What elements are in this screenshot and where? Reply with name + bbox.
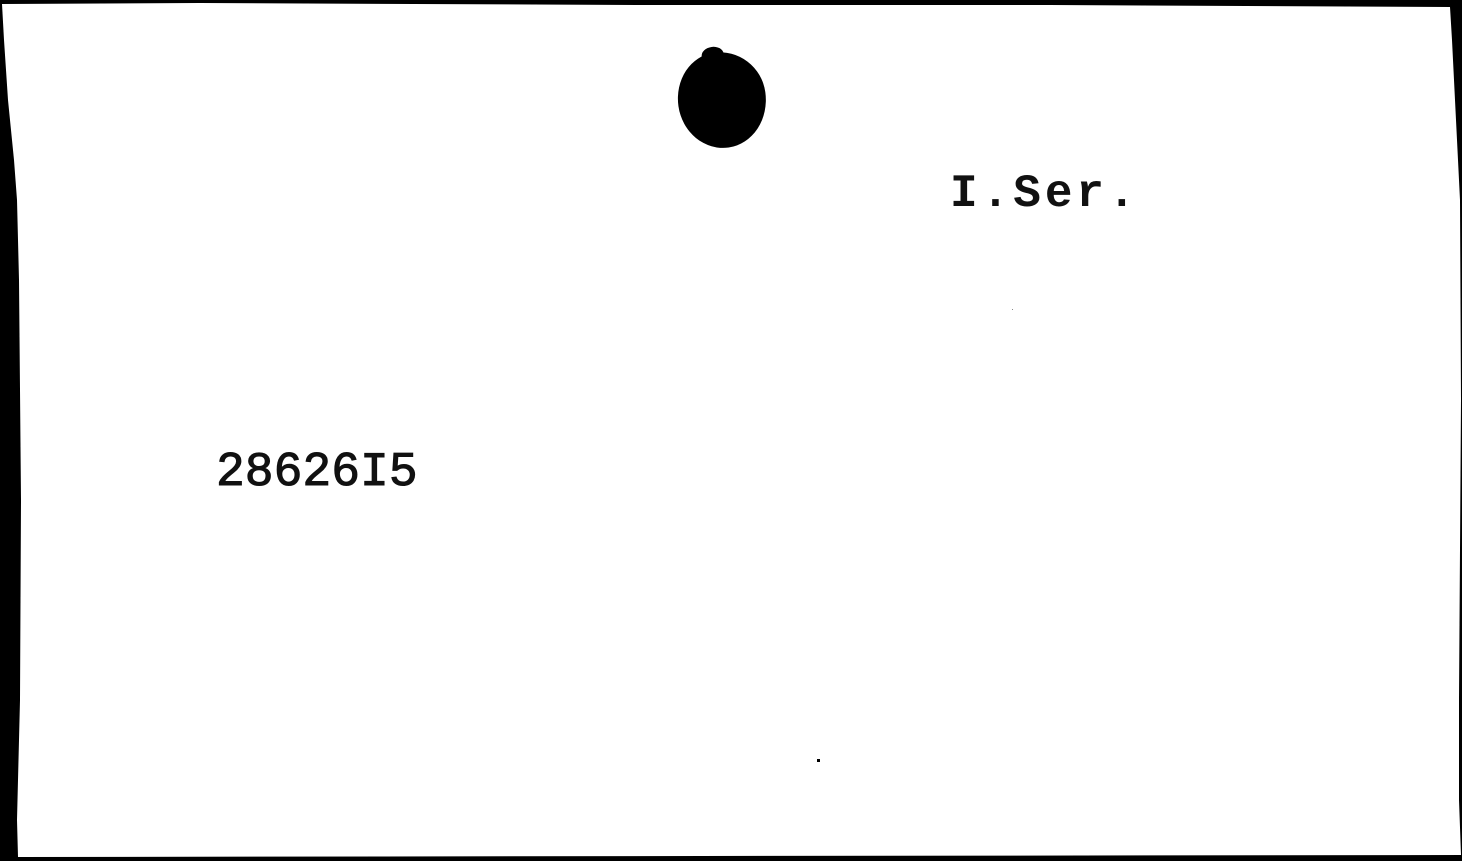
ink-speck — [1012, 309, 1013, 310]
card-paper: I.Ser. 28626I5 — [0, 0, 1462, 861]
scanned-index-card: I.Ser. 28626I5 — [0, 0, 1462, 861]
card-number: 28626I5 — [216, 446, 418, 500]
series-label: I.Ser. — [950, 168, 1140, 220]
ink-speck — [817, 759, 820, 762]
punch-hole-icon — [672, 46, 773, 153]
